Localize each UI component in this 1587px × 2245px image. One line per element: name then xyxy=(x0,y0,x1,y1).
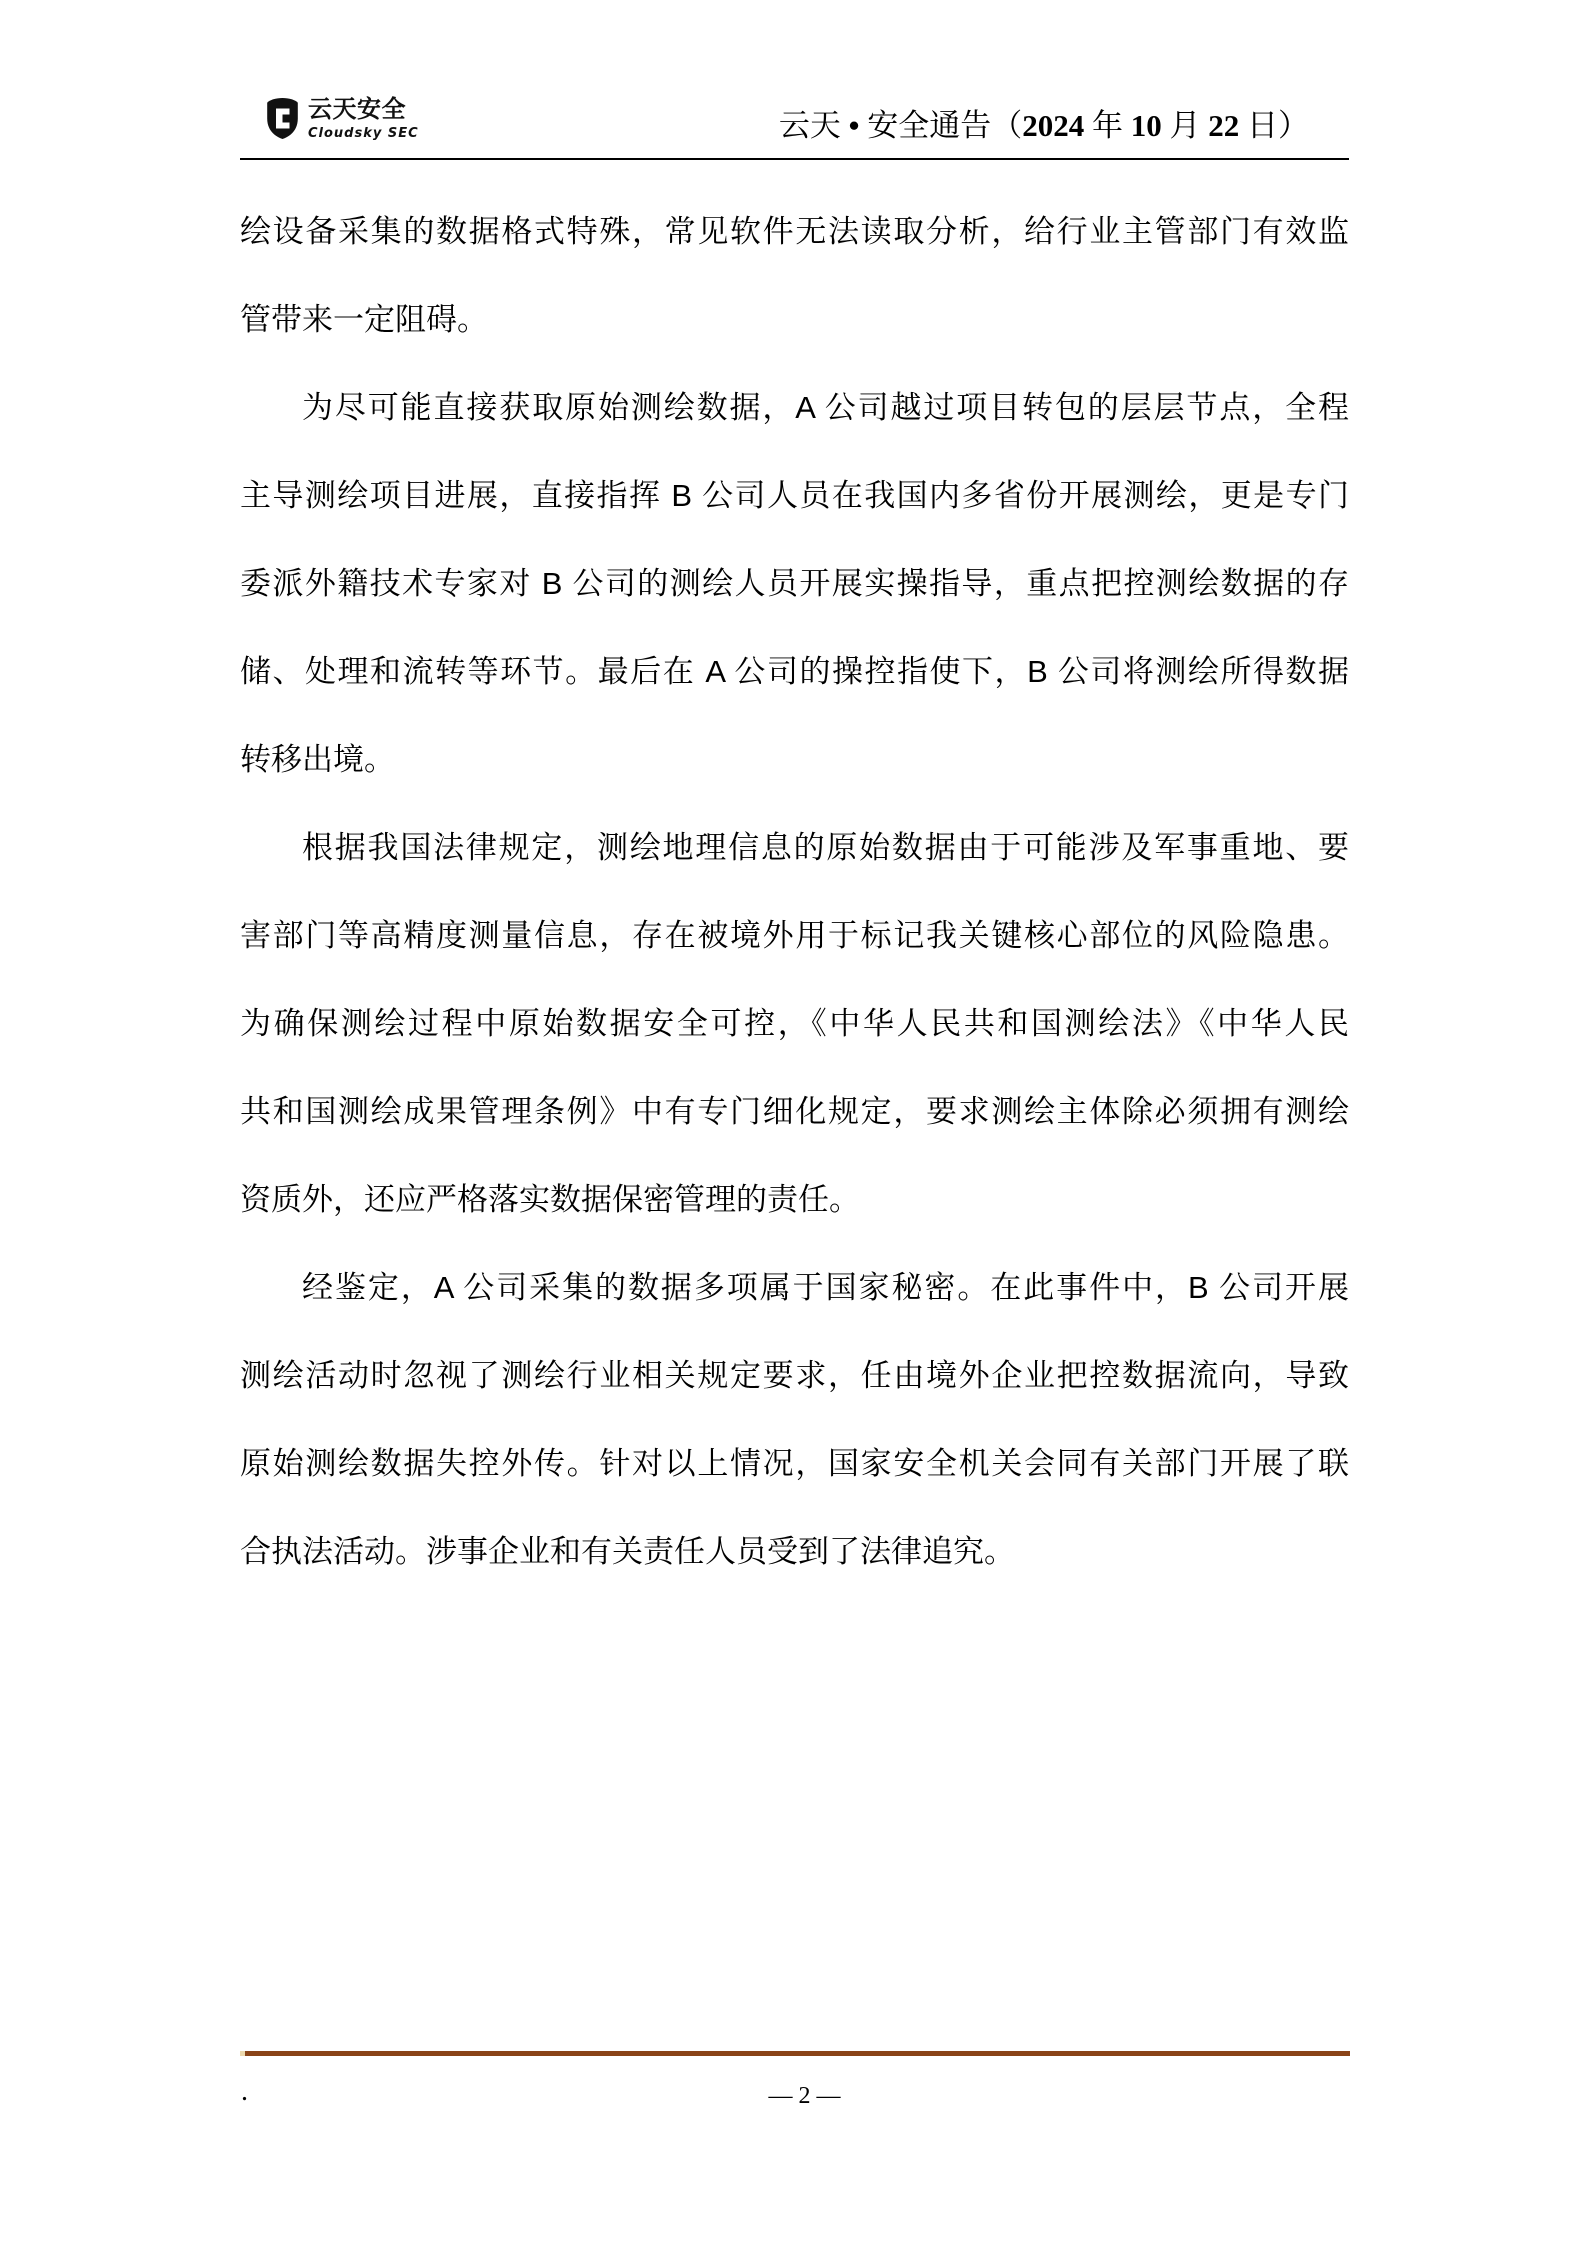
body-line: 管带来一定阻碍。 xyxy=(240,276,1349,364)
document-page: 云天安全 Cloudsky SEC 云天 • 安全通告（2024 年 10 月 … xyxy=(0,0,1587,2245)
body-line: 转移出境。 xyxy=(240,716,1349,804)
body-line: 主导测绘项目进展，直接指挥 B 公司人员在我国内多省份开展测绘，更是专门 xyxy=(240,452,1349,540)
title-segment: 日） xyxy=(1239,108,1309,143)
title-segment: 22 xyxy=(1208,108,1239,143)
title-segment: • xyxy=(841,108,867,143)
footer-rule xyxy=(240,2051,1350,2056)
body-line: 合执法活动。涉事企业和有关责任人员受到了法律追究。 xyxy=(240,1508,1349,1596)
document-title: 云天 • 安全通告（2024 年 10 月 22 日） xyxy=(240,110,1349,141)
body-line: 原始测绘数据失控外传。针对以上情况，国家安全机关会同有关部门开展了联 xyxy=(240,1420,1349,1508)
body-line: 委派外籍技术专家对 B 公司的测绘人员开展实操指导，重点把控测绘数据的存 xyxy=(240,540,1349,628)
page-number: — 2 — xyxy=(11,2082,1587,2111)
body-line: 资质外，还应严格落实数据保密管理的责任。 xyxy=(240,1156,1349,1244)
body-line: 经鉴定，A 公司采集的数据多项属于国家秘密。在此事件中，B 公司开展 xyxy=(240,1244,1349,1332)
body-line: 根据我国法律规定，测绘地理信息的原始数据由于可能涉及军事重地、要 xyxy=(240,804,1349,892)
title-segment: 2024 xyxy=(1022,108,1084,143)
document-body: 绘设备采集的数据格式特殊，常见软件无法读取分析，给行业主管部门有效监管带来一定阻… xyxy=(240,188,1349,1596)
body-line: 共和国测绘成果管理条例》中有专门细化规定，要求测绘主体除必须拥有测绘 xyxy=(240,1068,1349,1156)
body-line: 害部门等高精度测量信息，存在被境外用于标记我关键核心部位的风险隐患。 xyxy=(240,892,1349,980)
body-line: 为确保测绘过程中原始数据安全可控，《中华人民共和国测绘法》《中华人民 xyxy=(240,980,1349,1068)
title-segment: 年 xyxy=(1084,108,1131,143)
body-line: 测绘活动时忽视了测绘行业相关规定要求，任由境外企业把控数据流向，导致 xyxy=(240,1332,1349,1420)
title-segment: 10 xyxy=(1131,108,1162,143)
title-segment: 月 xyxy=(1162,108,1209,143)
title-segment: 安全通告（ xyxy=(867,108,1022,143)
body-line: 为尽可能直接获取原始测绘数据，A 公司越过项目转包的层层节点，全程 xyxy=(240,364,1349,452)
body-line: 绘设备采集的数据格式特殊，常见软件无法读取分析，给行业主管部门有效监 xyxy=(240,188,1349,276)
title-segment: 云天 xyxy=(779,108,841,143)
body-line: 储、处理和流转等环节。最后在 A 公司的操控指使下，B 公司将测绘所得数据 xyxy=(240,628,1349,716)
header-rule xyxy=(240,158,1349,160)
